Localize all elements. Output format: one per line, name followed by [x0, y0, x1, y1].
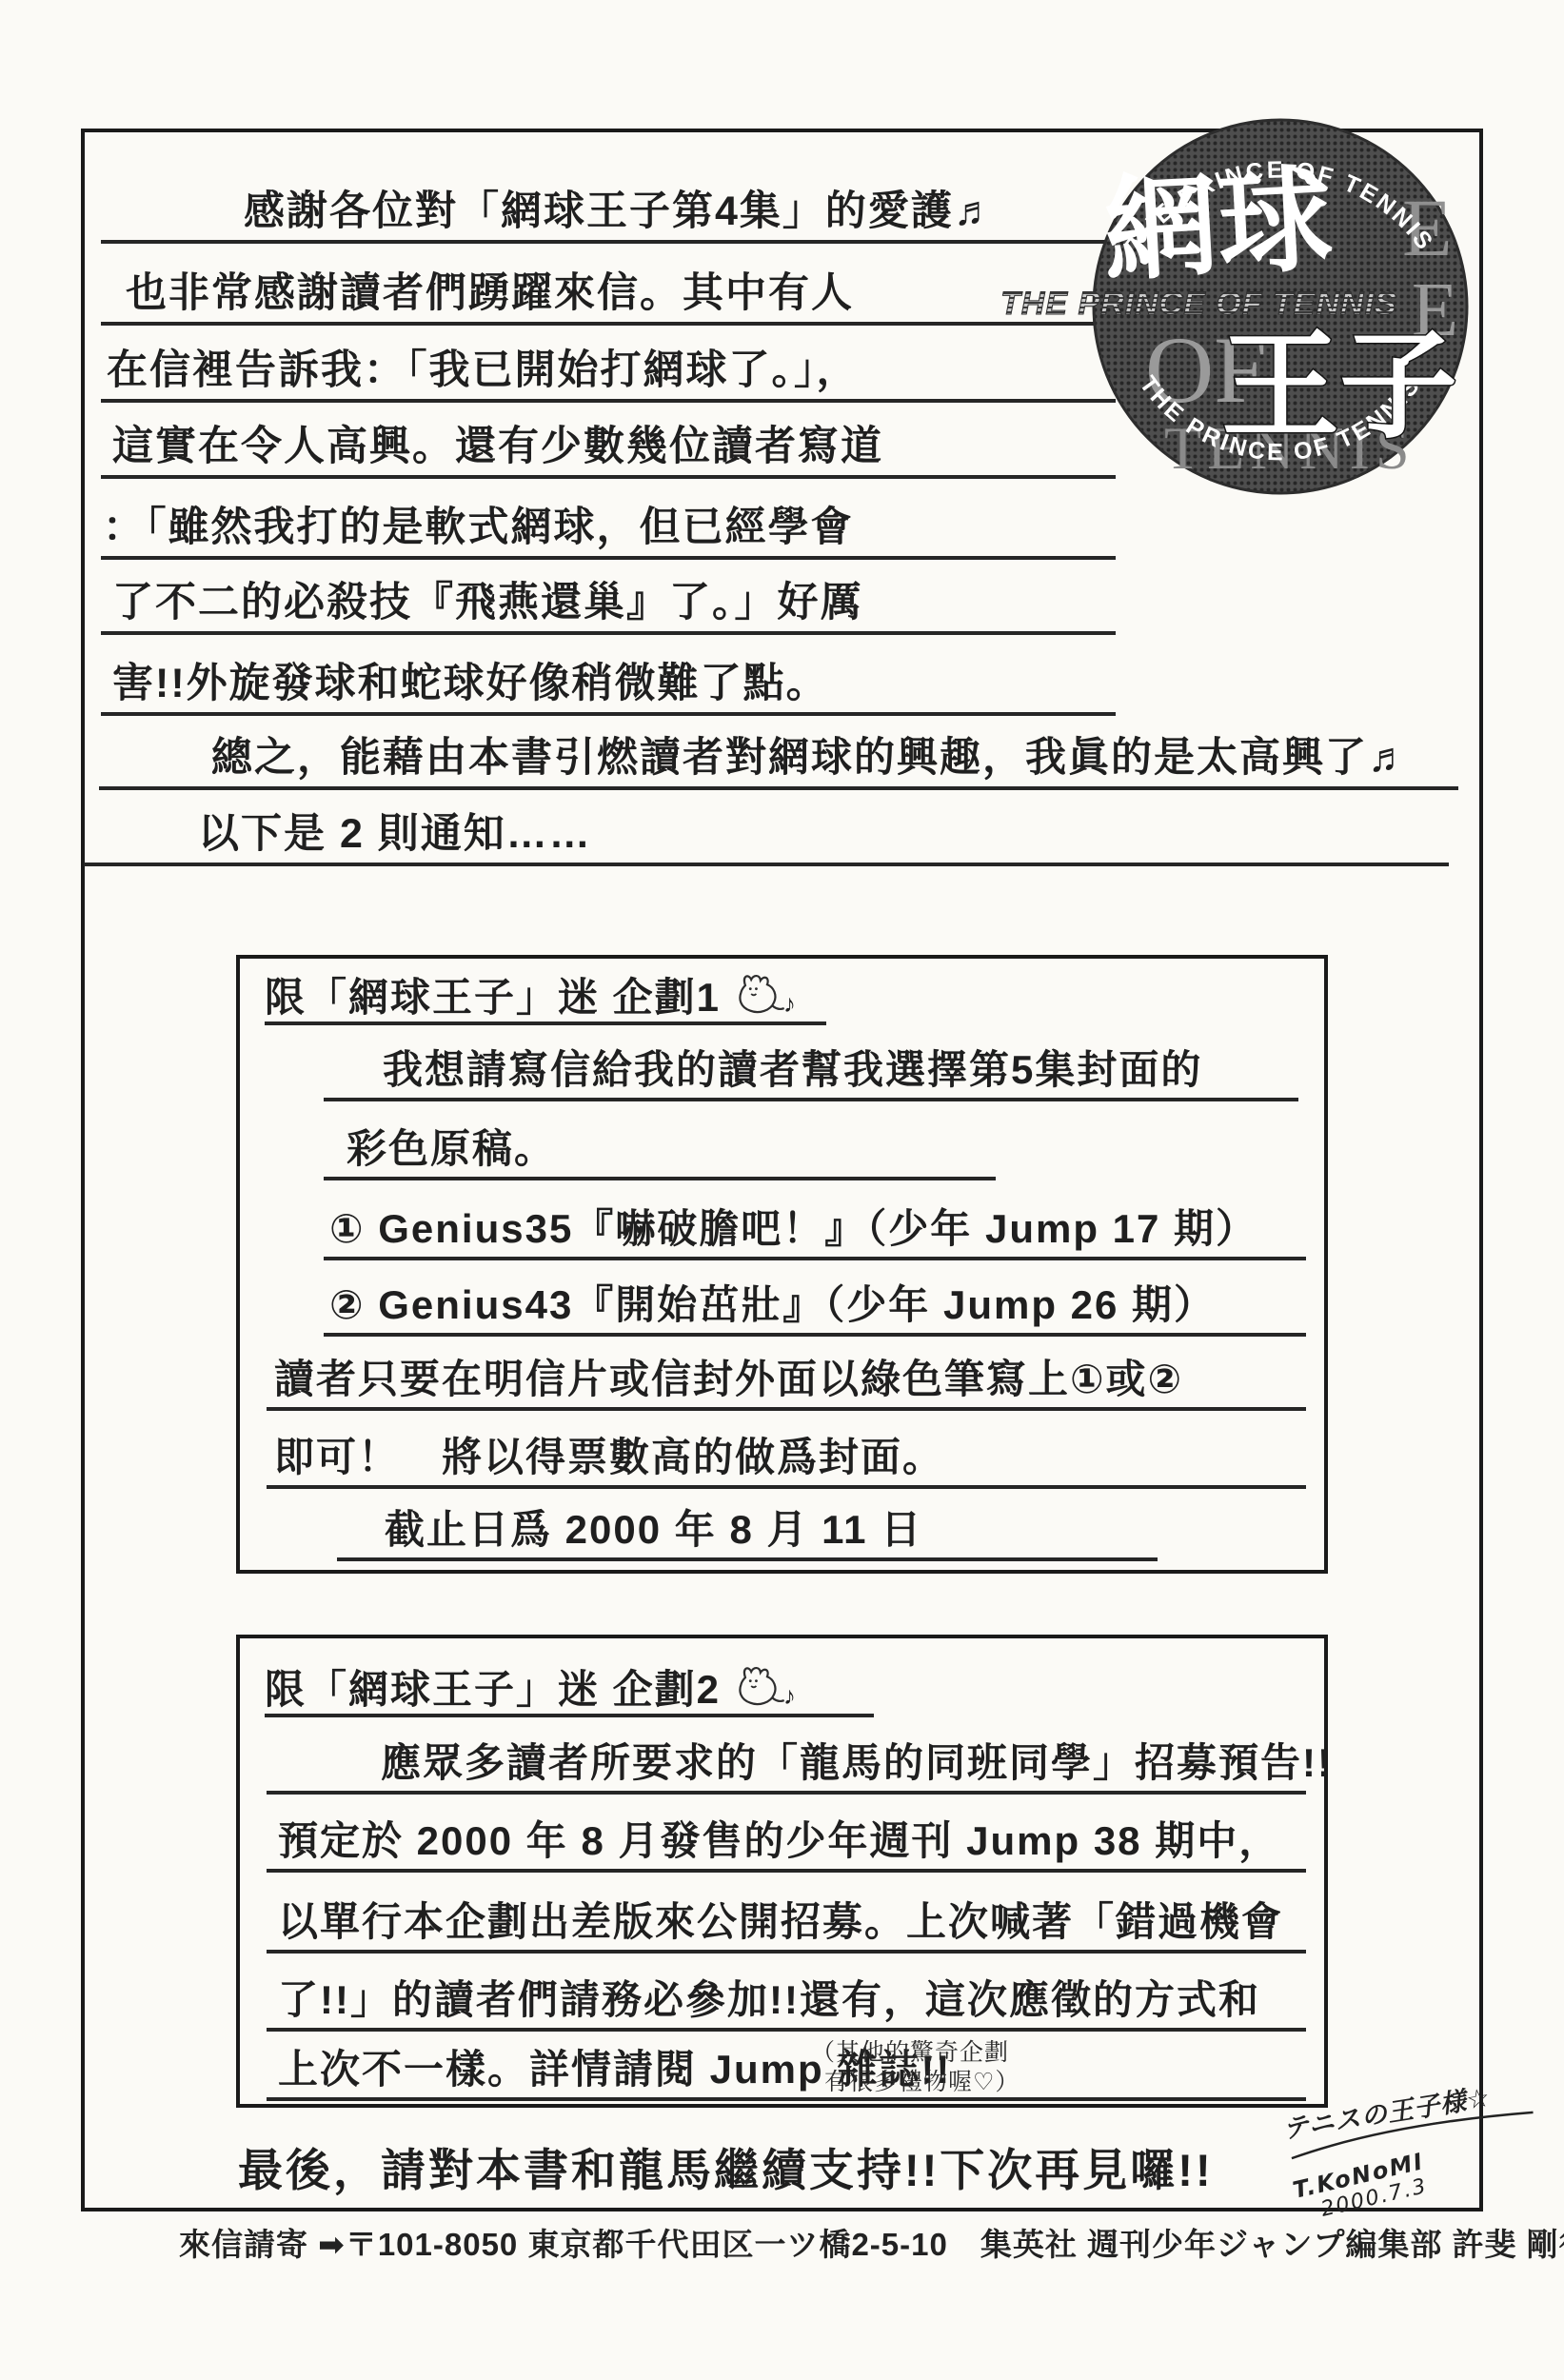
logo-kanji-top: 網球 [1100, 156, 1336, 295]
notice2-line-text: 預定於 2000 年 8 月發售的少年週刊 Jump 38 期中， [278, 1819, 1280, 1869]
intro-line-text: 這實在令人高興。還有少數幾位讀者寫道 [112, 425, 883, 475]
notice1-line-text: 讀者只要在明信片或信封外面以綠色筆寫上①或② [274, 1358, 1183, 1407]
prince-of-tennis-logo: E E OF TENNIS THE PRINCE OF TENNIS THE P… [985, 67, 1547, 514]
intro-line: ：「雖然我打的是軟式網球，但已經學會 [101, 495, 1116, 560]
intro-line-text: ：「雖然我打的是軟式網球，但已經學會 [103, 506, 854, 556]
cat-doodle-icon [730, 968, 789, 1020]
notice2-header-text: 限「網球王子」迷 企劃2 [265, 1668, 721, 1714]
notice1-line: ① Genius35『嚇破膽吧！』（少年 Jump 17 期） [324, 1198, 1306, 1260]
intro-line: 以下是 2 則通知…… [84, 802, 1449, 866]
intro-line: 也非常感謝讀者們踴躍來信。其中有人 [101, 261, 1116, 326]
notice1-line: 讀者只要在明信片或信封外面以綠色筆寫上①或② [267, 1348, 1306, 1411]
notice-box-2: 限「網球王子」迷 企劃2 ♪ 應眾多讀者所要求的「龍馬的同班同學」招募預告!! … [236, 1635, 1328, 2108]
notice1-line: 即可！ 將以得票數高的做爲封面。 [267, 1426, 1306, 1489]
notice2-line-text: 了!!」的讀者們請務必參加!!還有，這次應徵的方式和 [278, 1978, 1260, 2028]
notice1-line-text: 即可！ 將以得票數高的做爲封面。 [274, 1436, 944, 1485]
music-note-icon: ♪ [783, 990, 798, 1021]
logo-kanji-bottom: 王子 [1221, 321, 1457, 452]
intro-line-text: 以下是 2 則通知…… [198, 812, 592, 863]
notice2-header: 限「網球王子」迷 企劃2 ♪ [265, 1652, 874, 1717]
closing-message: 最後，請對本書和龍馬繼續支持!!下次再見囉!! [238, 2135, 1214, 2199]
notice2-side-note-line1: （其他的驚奇企劃 [811, 2038, 1211, 2068]
notice1-line-text: 我想請寫信給我的讀者幫我選擇第5集封面的 [383, 1048, 1202, 1098]
notice2-line: 應眾多讀者所要求的「龍馬的同班同學」招募預告!! [267, 1730, 1306, 1795]
notice1-line-text: ① Genius35『嚇破膽吧！』（少年 Jump 17 期） [329, 1207, 1257, 1257]
notice1-header: 限「網球王子」迷 企劃1 ♪ [265, 962, 826, 1025]
notice1-line-text: ② Genius43『開始茁壯』（少年 Jump 26 期） [329, 1283, 1216, 1333]
intro-line-text: 在信裡告訴我：「我已開始打網球了。」， [107, 348, 860, 399]
notice2-line: 了!!」的讀者們請務必參加!!還有，這次應徵的方式和 [267, 1967, 1306, 2032]
notice1-line: 我想請寫信給我的讀者幫我選擇第5集封面的 [324, 1039, 1298, 1101]
intro-line: 在信裡告訴我：「我已開始打網球了。」， [101, 338, 1116, 403]
notice1-line: 彩色原稿。 [324, 1118, 996, 1180]
intro-line: 害!!外旋發球和蛇球好像稍微難了點。 [101, 651, 1116, 716]
intro-line-text: 了不二的必殺技『飛燕還巢』了。」好厲 [112, 581, 863, 631]
intro-line: 總之，能藉由本書引燃讀者對網球的興趣，我眞的是太高興了♬ [99, 725, 1458, 790]
music-note-icon: ♪ [783, 1682, 798, 1714]
notice2-line: 以單行本企劃出差版來公開招募。上次喊著「錯過機會 [267, 1889, 1306, 1954]
notice2-side-note: （其他的驚奇企劃 有很多禮物喔♡） [811, 2038, 1211, 2098]
notice1-line: ② Genius43『開始茁壯』（少年 Jump 26 期） [324, 1274, 1306, 1337]
notice-box-1: 限「網球王子」迷 企劃1 ♪ 我想請寫信給我的讀者幫我選擇第5集封面的 彩色原稿… [236, 955, 1328, 1574]
intro-line-text: 感謝各位對「網球王子第4集」的愛護♬ [244, 189, 997, 240]
logo-striped-band-text: THE PRINCE OF TENNIS [1000, 286, 1397, 322]
notice1-line-text: 截止日爲 2000 年 8 月 11 日 [385, 1508, 922, 1557]
intro-line: 感謝各位對「網球王子第4集」的愛護♬ [101, 179, 1116, 244]
notice1-line-text: 彩色原稿。 [346, 1127, 556, 1177]
intro-line: 這實在令人高興。還有少數幾位讀者寫道 [101, 414, 1116, 479]
mailing-address-footer: 來信請寄 ➡〒101-8050 東京都千代田区一ツ橋2-5-10 集英社 週刊少… [179, 2220, 1564, 2265]
cat-doodle-icon [730, 1660, 789, 1712]
intro-line-text: 也非常感謝讀者們踴躍來信。其中有人 [126, 271, 854, 322]
intro-line-text: 害!!外旋發球和蛇球好像稍微難了點。 [112, 662, 829, 712]
notice2-side-note-line2: 有很多禮物喔♡） [811, 2068, 1211, 2097]
notice1-header-text: 限「網球王子」迷 企劃1 [265, 976, 721, 1021]
notice2-line: 預定於 2000 年 8 月發售的少年週刊 Jump 38 期中， [267, 1808, 1306, 1873]
notice2-line-text: 應眾多讀者所要求的「龍馬的同班同學」招募預告!! [381, 1741, 1333, 1791]
intro-line-text: 總之，能藉由本書引燃讀者對網球的興趣，我眞的是太高興了♬ [211, 736, 1411, 786]
intro-line: 了不二的必殺技『飛燕還巢』了。」好厲 [101, 570, 1116, 635]
notice1-line: 截止日爲 2000 年 8 月 11 日 [337, 1498, 1158, 1561]
notice2-line-text: 以單行本企劃出差版來公開招募。上次喊著「錯過機會 [278, 1900, 1283, 1950]
